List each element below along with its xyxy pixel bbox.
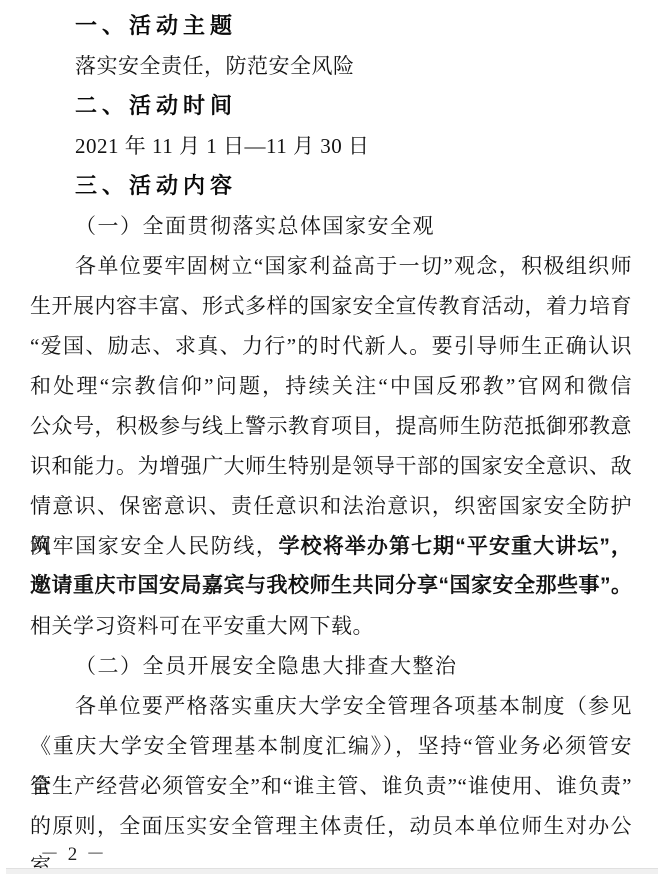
paragraph-1-line-2: 生开展内容丰富、形式多样的国家安全宣传教育活动，着力培育	[30, 286, 632, 326]
paragraph-2-line-3: 管生产经营必须管安全”和“谁主管、谁负责”“谁使用、谁负责”	[30, 766, 632, 806]
paragraph-1-line-4: 和处理“宗教信仰”问题，持续关注“中国反邪教”官网和微信	[30, 366, 632, 406]
paragraph-2-line-1: 各单位要严格落实重庆大学安全管理各项基本制度（参见	[30, 686, 632, 726]
text-run: 筑牢国家安全人民防线，	[30, 534, 279, 558]
paragraph-1-line-3: “爱国、励志、求真、力行”的时代新人。要引导师生正确认识	[30, 326, 632, 366]
paragraph-1-line-8: 筑牢国家安全人民防线，学校将举办第七期“平安重大讲坛”，	[30, 526, 632, 566]
bold-text-run: 学校将举办第七期“平安重大讲坛”，	[279, 535, 632, 558]
text-activity-theme: 落实安全责任，防范安全风险	[30, 46, 632, 86]
text-activity-time: 2021 年 11 月 1 日—11 月 30 日	[30, 126, 632, 166]
subheading-item-1: （一）全面贯彻落实总体国家安全观	[30, 206, 632, 246]
paragraph-1-line-1: 各单位要牢固树立“国家利益高于一切”观念，积极组织师	[30, 246, 632, 286]
paragraph-1-line-6: 识和能力。为增强广大师生特别是领导干部的国家安全意识、敌	[30, 446, 632, 486]
paragraph-1-line-7: 情意识、保密意识、责任意识和法治意识，织密国家安全防护网，	[30, 486, 632, 526]
document-viewer-page: { "window": { "background": "#ffffff", "…	[0, 0, 658, 874]
subheading-item-2: （二）全员开展安全隐患大排查大整治	[30, 646, 632, 686]
document-body: 一、活动主题 落实安全责任，防范安全风险 二、活动时间 2021 年 11 月 …	[30, 6, 632, 846]
paragraph-1-line-10: 相关学习资料可在平安重大网下载。	[30, 606, 632, 646]
heading-section-3: 三、活动内容	[30, 166, 632, 206]
paragraph-2-line-4: 的原则，全面压实安全管理主体责任，动员本单位师生对办公室、	[30, 806, 632, 846]
paragraph-1-line-5: 公众号，积极参与线上警示教育项目，提高师生防范抵御邪教意	[30, 406, 632, 446]
page-number: － 2 －	[40, 839, 107, 866]
heading-section-2: 二、活动时间	[30, 86, 632, 126]
window-bottom-edge	[6, 868, 658, 874]
heading-section-1: 一、活动主题	[30, 6, 632, 46]
paragraph-2-line-2: 《重庆大学安全管理基本制度汇编》），坚持“管业务必须管安全、	[30, 726, 632, 766]
paragraph-1-line-9: 邀请重庆市国安局嘉宾与我校师生共同分享“国家安全那些事”。	[30, 566, 632, 606]
